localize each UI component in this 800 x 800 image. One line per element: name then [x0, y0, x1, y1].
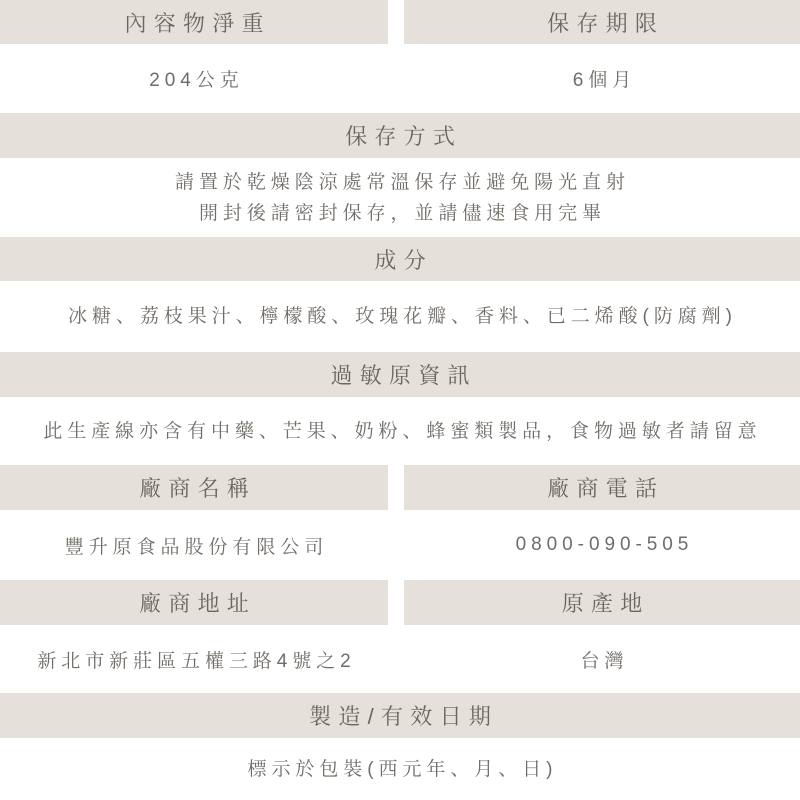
allergen-header: 過敏原資訊 — [0, 352, 800, 397]
column-divider — [388, 44, 404, 113]
row-net-weight-shelf-life-headers: 內容物淨重 保存期限 — [0, 0, 800, 44]
origin-value: 台灣 — [404, 625, 800, 693]
storage-method-value: 請置於乾燥陰涼處常溫保存並避免陽光直射 開封後請密封保存，並請儘速食用完畢 — [0, 158, 800, 237]
origin-header: 原產地 — [404, 580, 800, 625]
ingredients-header-row: 成分 — [0, 237, 800, 281]
ingredients-value: 冰糖、荔枝果汁、檸檬酸、玫瑰花瓣、香料、已二烯酸(防腐劑) — [63, 301, 737, 332]
net-weight-header: 內容物淨重 — [0, 0, 388, 44]
storage-method-line1: 請置於乾燥陰涼處常溫保存並避免陽光直射 — [170, 167, 630, 198]
manufacturer-name-value: 豐升原食品股份有限公司 — [0, 510, 388, 580]
manufacturer-phone-value: 0800-090-505 — [404, 510, 800, 580]
allergen-value-row: 此生產線亦含有中藥、芒果、奶粉、蜂蜜類製品，食物過敏者請留意 — [0, 397, 800, 465]
mfg-date-value-row: 標示於包裝(西元年、月、日) — [0, 738, 800, 800]
row-net-weight-shelf-life-values: 204公克 6個月 — [0, 44, 800, 113]
row-manufacturer-headers: 廠商名稱 廠商電話 — [0, 465, 800, 510]
manufacturer-address-header: 廠商地址 — [0, 580, 388, 625]
storage-method-line2: 開封後請密封保存，並請儘速食用完畢 — [194, 198, 606, 229]
row-address-origin-headers: 廠商地址 原產地 — [0, 580, 800, 625]
mfg-date-header: 製造/有效日期 — [0, 693, 800, 738]
product-info-table: 內容物淨重 保存期限 204公克 6個月 保存方式 請置於乾燥陰涼處常溫保存並避… — [0, 0, 800, 800]
allergen-header-row: 過敏原資訊 — [0, 352, 800, 397]
storage-method-header: 保存方式 — [0, 113, 800, 158]
column-divider — [388, 0, 404, 44]
column-divider — [388, 510, 404, 580]
column-divider — [388, 625, 404, 693]
allergen-value: 此生產線亦含有中藥、芒果、奶粉、蜂蜜類製品，食物過敏者請留意 — [38, 416, 761, 447]
ingredients-value-row: 冰糖、荔枝果汁、檸檬酸、玫瑰花瓣、香料、已二烯酸(防腐劑) — [0, 281, 800, 352]
column-divider — [388, 465, 404, 510]
row-address-origin-values: 新北市新莊區五權三路4號之2 台灣 — [0, 625, 800, 693]
row-manufacturer-values: 豐升原食品股份有限公司 0800-090-505 — [0, 510, 800, 580]
storage-method-header-row: 保存方式 — [0, 113, 800, 158]
manufacturer-address-value: 新北市新莊區五權三路4號之2 — [0, 625, 388, 693]
mfg-date-value: 標示於包裝(西元年、月、日) — [243, 754, 558, 785]
manufacturer-name-header: 廠商名稱 — [0, 465, 388, 510]
net-weight-value: 204公克 — [0, 44, 388, 113]
shelf-life-header: 保存期限 — [404, 0, 800, 44]
column-divider — [388, 580, 404, 625]
mfg-date-header-row: 製造/有效日期 — [0, 693, 800, 738]
manufacturer-phone-header: 廠商電話 — [404, 465, 800, 510]
ingredients-header: 成分 — [0, 237, 800, 281]
shelf-life-value: 6個月 — [404, 44, 800, 113]
